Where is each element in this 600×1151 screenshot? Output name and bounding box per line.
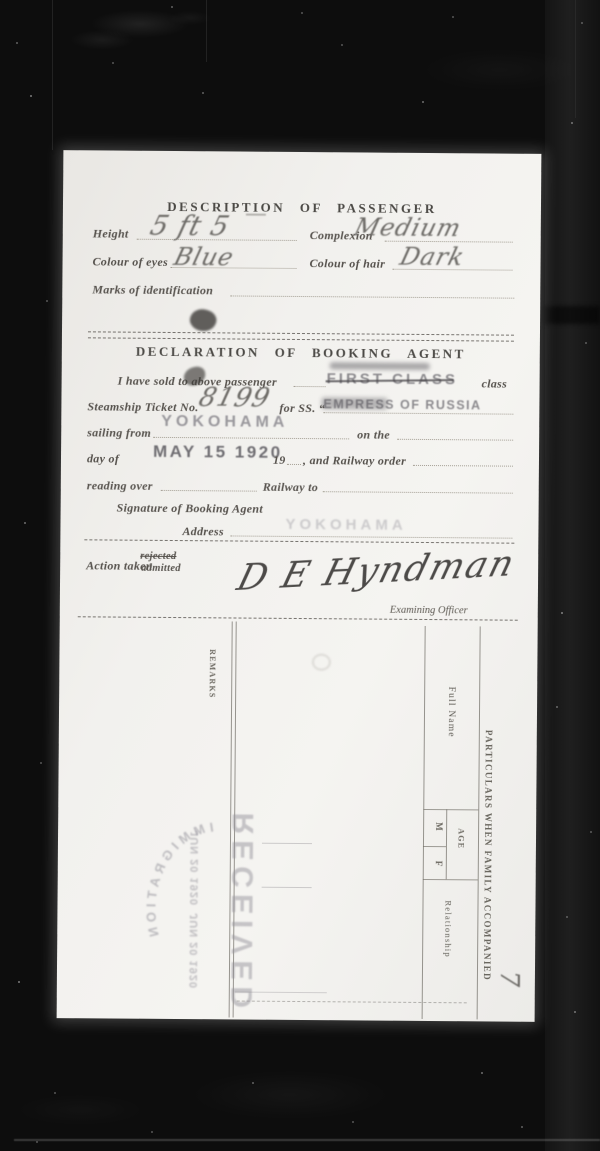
hair-colour-label: Colour of hair bbox=[309, 256, 385, 272]
dashed-rule bbox=[78, 616, 518, 620]
received-stamp: RECEIVED bbox=[226, 812, 267, 1002]
dotted-line bbox=[153, 437, 349, 440]
class-word: class bbox=[482, 376, 508, 391]
full-name-column-header: Full Name bbox=[446, 677, 457, 747]
day-of-label: day of bbox=[87, 451, 119, 466]
film-right-band bbox=[545, 0, 600, 1151]
year-prefix-text: 19 bbox=[273, 453, 286, 468]
dashed-rule bbox=[84, 539, 514, 543]
particulars-banner-header: PARTICULARS WHEN FAMILY ACCOMPANIED bbox=[482, 715, 494, 995]
show-through-line bbox=[262, 887, 312, 888]
female-column-header: F bbox=[434, 854, 444, 874]
age-block-bottom-line bbox=[423, 879, 478, 880]
sailing-from-label: sailing from bbox=[87, 425, 151, 441]
railway-order-text: , and Railway order bbox=[303, 453, 406, 469]
age-column-header: AGE bbox=[456, 824, 465, 854]
examining-officer-signature: D E Hyndman bbox=[233, 543, 521, 599]
overstamp-smudge bbox=[330, 362, 430, 370]
reading-over-label: reading over bbox=[87, 478, 153, 494]
scanned-form-page: DESCRIPTION OF PASSENGER Height 5 ft 5 C… bbox=[57, 150, 542, 1022]
sailing-port-stamp: YOKOHAMA bbox=[161, 413, 288, 432]
dotted-line bbox=[161, 490, 257, 492]
height-label: Height bbox=[93, 226, 129, 241]
faint-dashed-line bbox=[237, 1001, 467, 1004]
film-scratch bbox=[52, 0, 53, 150]
dotted-line bbox=[294, 386, 326, 387]
dashed-rule bbox=[88, 337, 514, 341]
film-scratch bbox=[206, 0, 207, 62]
examining-officer-label: Examining Officer bbox=[390, 605, 468, 617]
eye-colour-label: Colour of eyes bbox=[92, 254, 168, 270]
immigration-date-stamp: JUN 20 1920 bbox=[188, 830, 201, 910]
sailing-date-stamp: MAY 15 1920 bbox=[153, 442, 283, 463]
show-through-line bbox=[262, 843, 312, 844]
film-scratch bbox=[575, 0, 576, 118]
hair-colour-value-handwriting: Dark bbox=[397, 243, 468, 271]
dotted-line bbox=[413, 465, 513, 467]
address-label: Address bbox=[182, 524, 224, 539]
ticket-number-handwriting: 8199 bbox=[196, 383, 274, 413]
railway-to-label: Railway to bbox=[263, 480, 318, 495]
film-dark-streak bbox=[543, 306, 600, 324]
page-content: DESCRIPTION OF PASSENGER Height 5 ft 5 C… bbox=[57, 150, 542, 1022]
table-vertical-line bbox=[477, 626, 481, 1019]
on-the-text: on the bbox=[357, 427, 390, 442]
ink-smudge bbox=[246, 214, 266, 216]
complexion-value-handwriting: Medium bbox=[351, 213, 464, 242]
paper-flaw-mark bbox=[312, 654, 330, 670]
overstamp-smudge bbox=[321, 397, 387, 410]
dotted-line bbox=[397, 439, 513, 441]
marks-label: Marks of identification bbox=[92, 282, 213, 298]
film-dust-specks bbox=[0, 0, 2, 2]
relationship-column-header: Relationship bbox=[443, 889, 454, 969]
film-bottom-edge-line bbox=[14, 1139, 600, 1141]
male-female-divider-line bbox=[423, 846, 446, 847]
age-block-top-line bbox=[423, 809, 478, 810]
dotted-line bbox=[287, 464, 301, 465]
svg-text:IMMIGRATION: IMMIGRATION bbox=[143, 819, 215, 943]
table-vertical-line bbox=[422, 626, 426, 1019]
eye-colour-value-handwriting: Blue bbox=[171, 243, 237, 271]
ink-blot bbox=[187, 305, 219, 335]
age-inner-line bbox=[446, 809, 448, 879]
dotted-line bbox=[230, 295, 514, 298]
action-rejected-option: rejected bbox=[140, 551, 176, 562]
booking-agent-signature-label: Signature of Booking Agent bbox=[117, 501, 264, 517]
dotted-line bbox=[230, 535, 512, 538]
microfilm-frame: DESCRIPTION OF PASSENGER Height 5 ft 5 C… bbox=[0, 0, 600, 1151]
dashed-rule bbox=[88, 331, 514, 335]
immigration-date-stamp: JUN 20 1920 bbox=[188, 913, 201, 993]
dotted-line bbox=[323, 412, 513, 414]
address-port-stamp: YOKOHAMA bbox=[285, 516, 406, 534]
dotted-line bbox=[323, 491, 513, 493]
height-value-handwriting: 5 ft 5 bbox=[147, 211, 233, 243]
male-column-header: M bbox=[434, 817, 444, 837]
page-number-handwriting: 7 bbox=[494, 971, 524, 995]
remarks-column-header: REMARKS bbox=[208, 639, 218, 709]
description-section-title: DESCRIPTION OF PASSENGER bbox=[63, 198, 541, 218]
declaration-section-title: DECLARATION OF BOOKING AGENT bbox=[62, 343, 540, 363]
action-admitted-option: admitted bbox=[141, 563, 181, 574]
